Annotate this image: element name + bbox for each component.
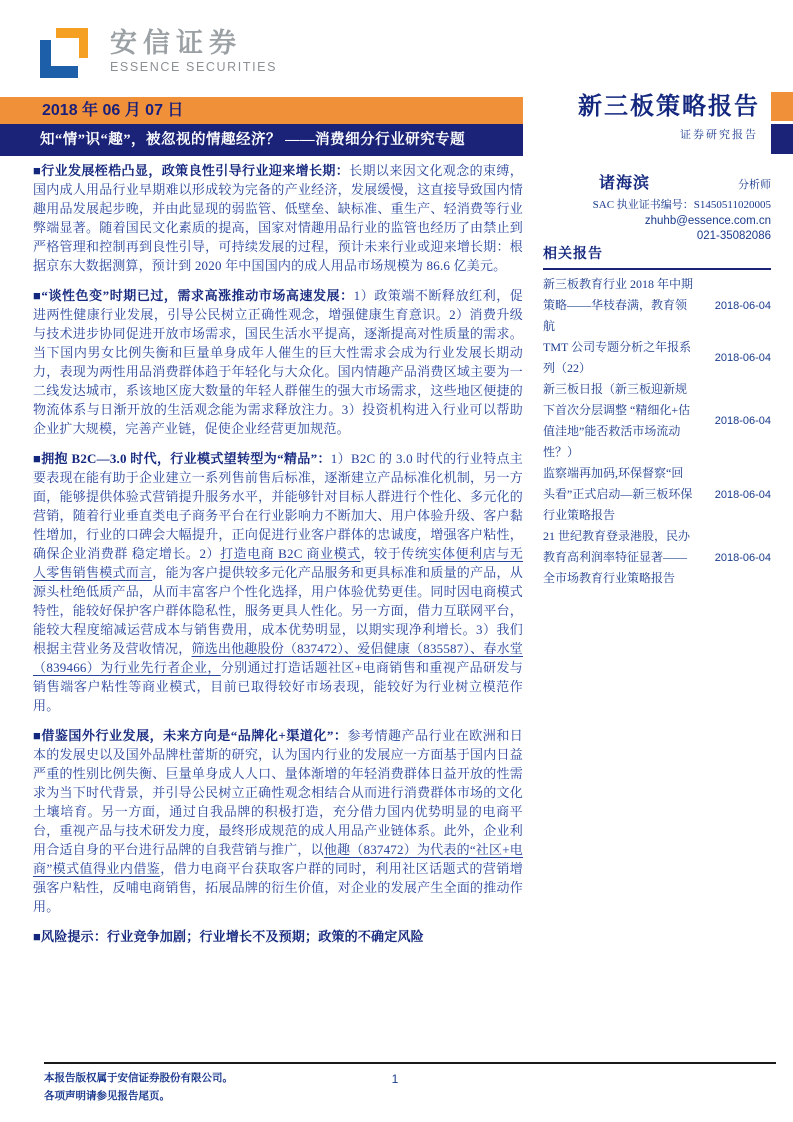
paragraph-segment-plain: 1）B2C 的 3.0 时代的行业特点主要表现在能有助于企业建立一系列售前售后标… [33, 451, 523, 561]
analyst-sac-number: SAC 执业证书编号：S1450511020005 [543, 196, 771, 212]
paragraph-segment-plain: 参考情趣产品行业在欧洲和日本的发展史以及国外品牌杜蕾斯的研究，认为国内行业的发展… [33, 728, 523, 857]
related-report-title: 监察端再加码,环保督察“回头看”正式启动—新三板环保行业策略报告 [543, 463, 695, 526]
body-paragraph: ■“谈性色变”时期已过，需求高涨推动市场高速发展：1）政策端不断释放红利，促进两… [33, 286, 523, 438]
related-report-date: 2018-06-04 [715, 552, 771, 564]
body-paragraph: ■借鉴国外行业发展，未来方向是“品牌化+渠道化”：参考情趣产品行业在欧洲和日本的… [33, 726, 523, 916]
footer-divider [44, 1062, 776, 1064]
logo-text: 安信证券 ESSENCE SECURITIES [110, 28, 277, 74]
paragraph-segment-u: 打造电商 B2C 商业模式 [220, 546, 361, 561]
related-report-date: 2018-06-04 [715, 489, 771, 501]
related-report-item: TMT 公司专题分析之年报系列（22）2018-06-04 [543, 337, 771, 379]
related-report-date: 2018-06-04 [715, 352, 771, 364]
report-type-heading: 新三板策略报告 [460, 86, 760, 121]
related-reports-section: 相关报告 新三板教育行业 2018 年中期策略——华枝春满，教育领航2018-0… [543, 243, 771, 589]
related-report-title: TMT 公司专题分析之年报系列（22） [543, 337, 695, 379]
body-paragraph: ■行业发展桎梏凸显，政策良性引导行业迎来增长期：长期以来因文化观念的束缚，国内成… [33, 161, 523, 275]
paragraph-segment-head: ■拥抱 B2C—3.0 时代，行业模式望转型为“精品”： [33, 451, 331, 466]
related-report-title: 新三板教育行业 2018 年中期策略——华枝春满，教育领航 [543, 274, 695, 337]
paragraph-segment-plain: 1）政策端不断释放红利，促进两性健康行业发展，引导公民树立正确性观念，增强健康生… [33, 288, 523, 436]
report-date-bar: 2018 年 06 月 07 日 [0, 97, 523, 124]
right-edge-orange-block [771, 92, 793, 121]
paragraph-segment-head: ■风险提示：行业竞争加剧；行业增长不及预期；政策的不确定风险 [33, 929, 424, 944]
analyst-role: 分析师 [738, 176, 771, 192]
related-reports-heading: 相关报告 [543, 243, 771, 270]
essence-logo-icon [40, 28, 96, 78]
analyst-block: 诸海滨 分析师 SAC 执业证书编号：S1450511020005 zhuhb@… [543, 170, 771, 242]
analyst-email: zhuhb@essence.com.cn [543, 215, 771, 227]
related-report-item: 新三板日报（新三板迎新规下首次分层调整 “精细化+估值洼地”能否救活市场流动性？… [543, 379, 771, 463]
page-number: 1 [380, 1072, 410, 1086]
logo-name-en: ESSENCE SECURITIES [110, 60, 277, 74]
paragraph-segment-head: ■行业发展桎梏凸显，政策良性引导行业迎来增长期： [33, 163, 349, 178]
report-title-bar: 知“情”识“趣”，被忽视的情趣经济？ ——消费细分行业研究专题 [0, 124, 523, 156]
related-report-title: 21 世纪教育登录港股，民办教育高利润率特征显著——全市场教育行业策略报告 [543, 526, 695, 589]
related-report-item: 监察端再加码,环保督察“回头看”正式启动—新三板环保行业策略报告2018-06-… [543, 463, 771, 526]
report-page: 安信证券 ESSENCE SECURITIES 2018 年 06 月 07 日… [0, 0, 793, 1122]
paragraph-segment-head: ■借鉴国外行业发展，未来方向是“品牌化+渠道化”： [33, 728, 347, 743]
related-report-title: 新三板日报（新三板迎新规下首次分层调整 “精细化+估值洼地”能否救活市场流动性？… [543, 379, 695, 463]
analyst-name: 诸海滨 [599, 170, 650, 193]
brand-logo: 安信证券 ESSENCE SECURITIES [40, 28, 277, 78]
related-report-date: 2018-06-04 [715, 415, 771, 427]
footer-statement-line: 各项声明请参见报告尾页。 [44, 1088, 233, 1106]
right-edge-navy-block [771, 124, 793, 154]
paragraph-segment-plain: 长期以来因文化观念的束缚，国内成人用品行业早期难以形成较为完备的产业经济，发展缓… [33, 163, 523, 273]
related-report-item: 新三板教育行业 2018 年中期策略——华枝春满，教育领航2018-06-04 [543, 274, 771, 337]
paragraph-segment-head: ■“谈性色变”时期已过，需求高涨推动市场高速发展： [33, 288, 354, 303]
related-reports-list: 新三板教育行业 2018 年中期策略——华枝春满，教育领航2018-06-04T… [543, 274, 771, 589]
footer-copyright-line: 本报告版权属于安信证券股份有限公司。 [44, 1070, 233, 1088]
report-subtype-label: 证券研究报告 [558, 126, 758, 142]
body-paragraph: ■拥抱 B2C—3.0 时代，行业模式望转型为“精品”：1）B2C 的 3.0 … [33, 449, 523, 715]
footer-disclaimer: 本报告版权属于安信证券股份有限公司。 各项声明请参见报告尾页。 [44, 1070, 233, 1106]
analyst-phone: 021-35082086 [543, 230, 771, 242]
logo-name-cn: 安信证券 [110, 28, 277, 58]
paragraph-segment-plain: ，较于传统 [361, 546, 429, 561]
logo-white-square [51, 38, 79, 66]
related-report-item: 21 世纪教育登录港股，民办教育高利润率特征显著——全市场教育行业策略报告201… [543, 526, 771, 589]
body-paragraph: ■风险提示：行业竞争加剧；行业增长不及预期；政策的不确定风险 [33, 927, 523, 946]
report-body: ■行业发展桎梏凸显，政策良性引导行业迎来增长期：长期以来因文化观念的束缚，国内成… [33, 161, 523, 957]
related-report-date: 2018-06-04 [715, 300, 771, 312]
